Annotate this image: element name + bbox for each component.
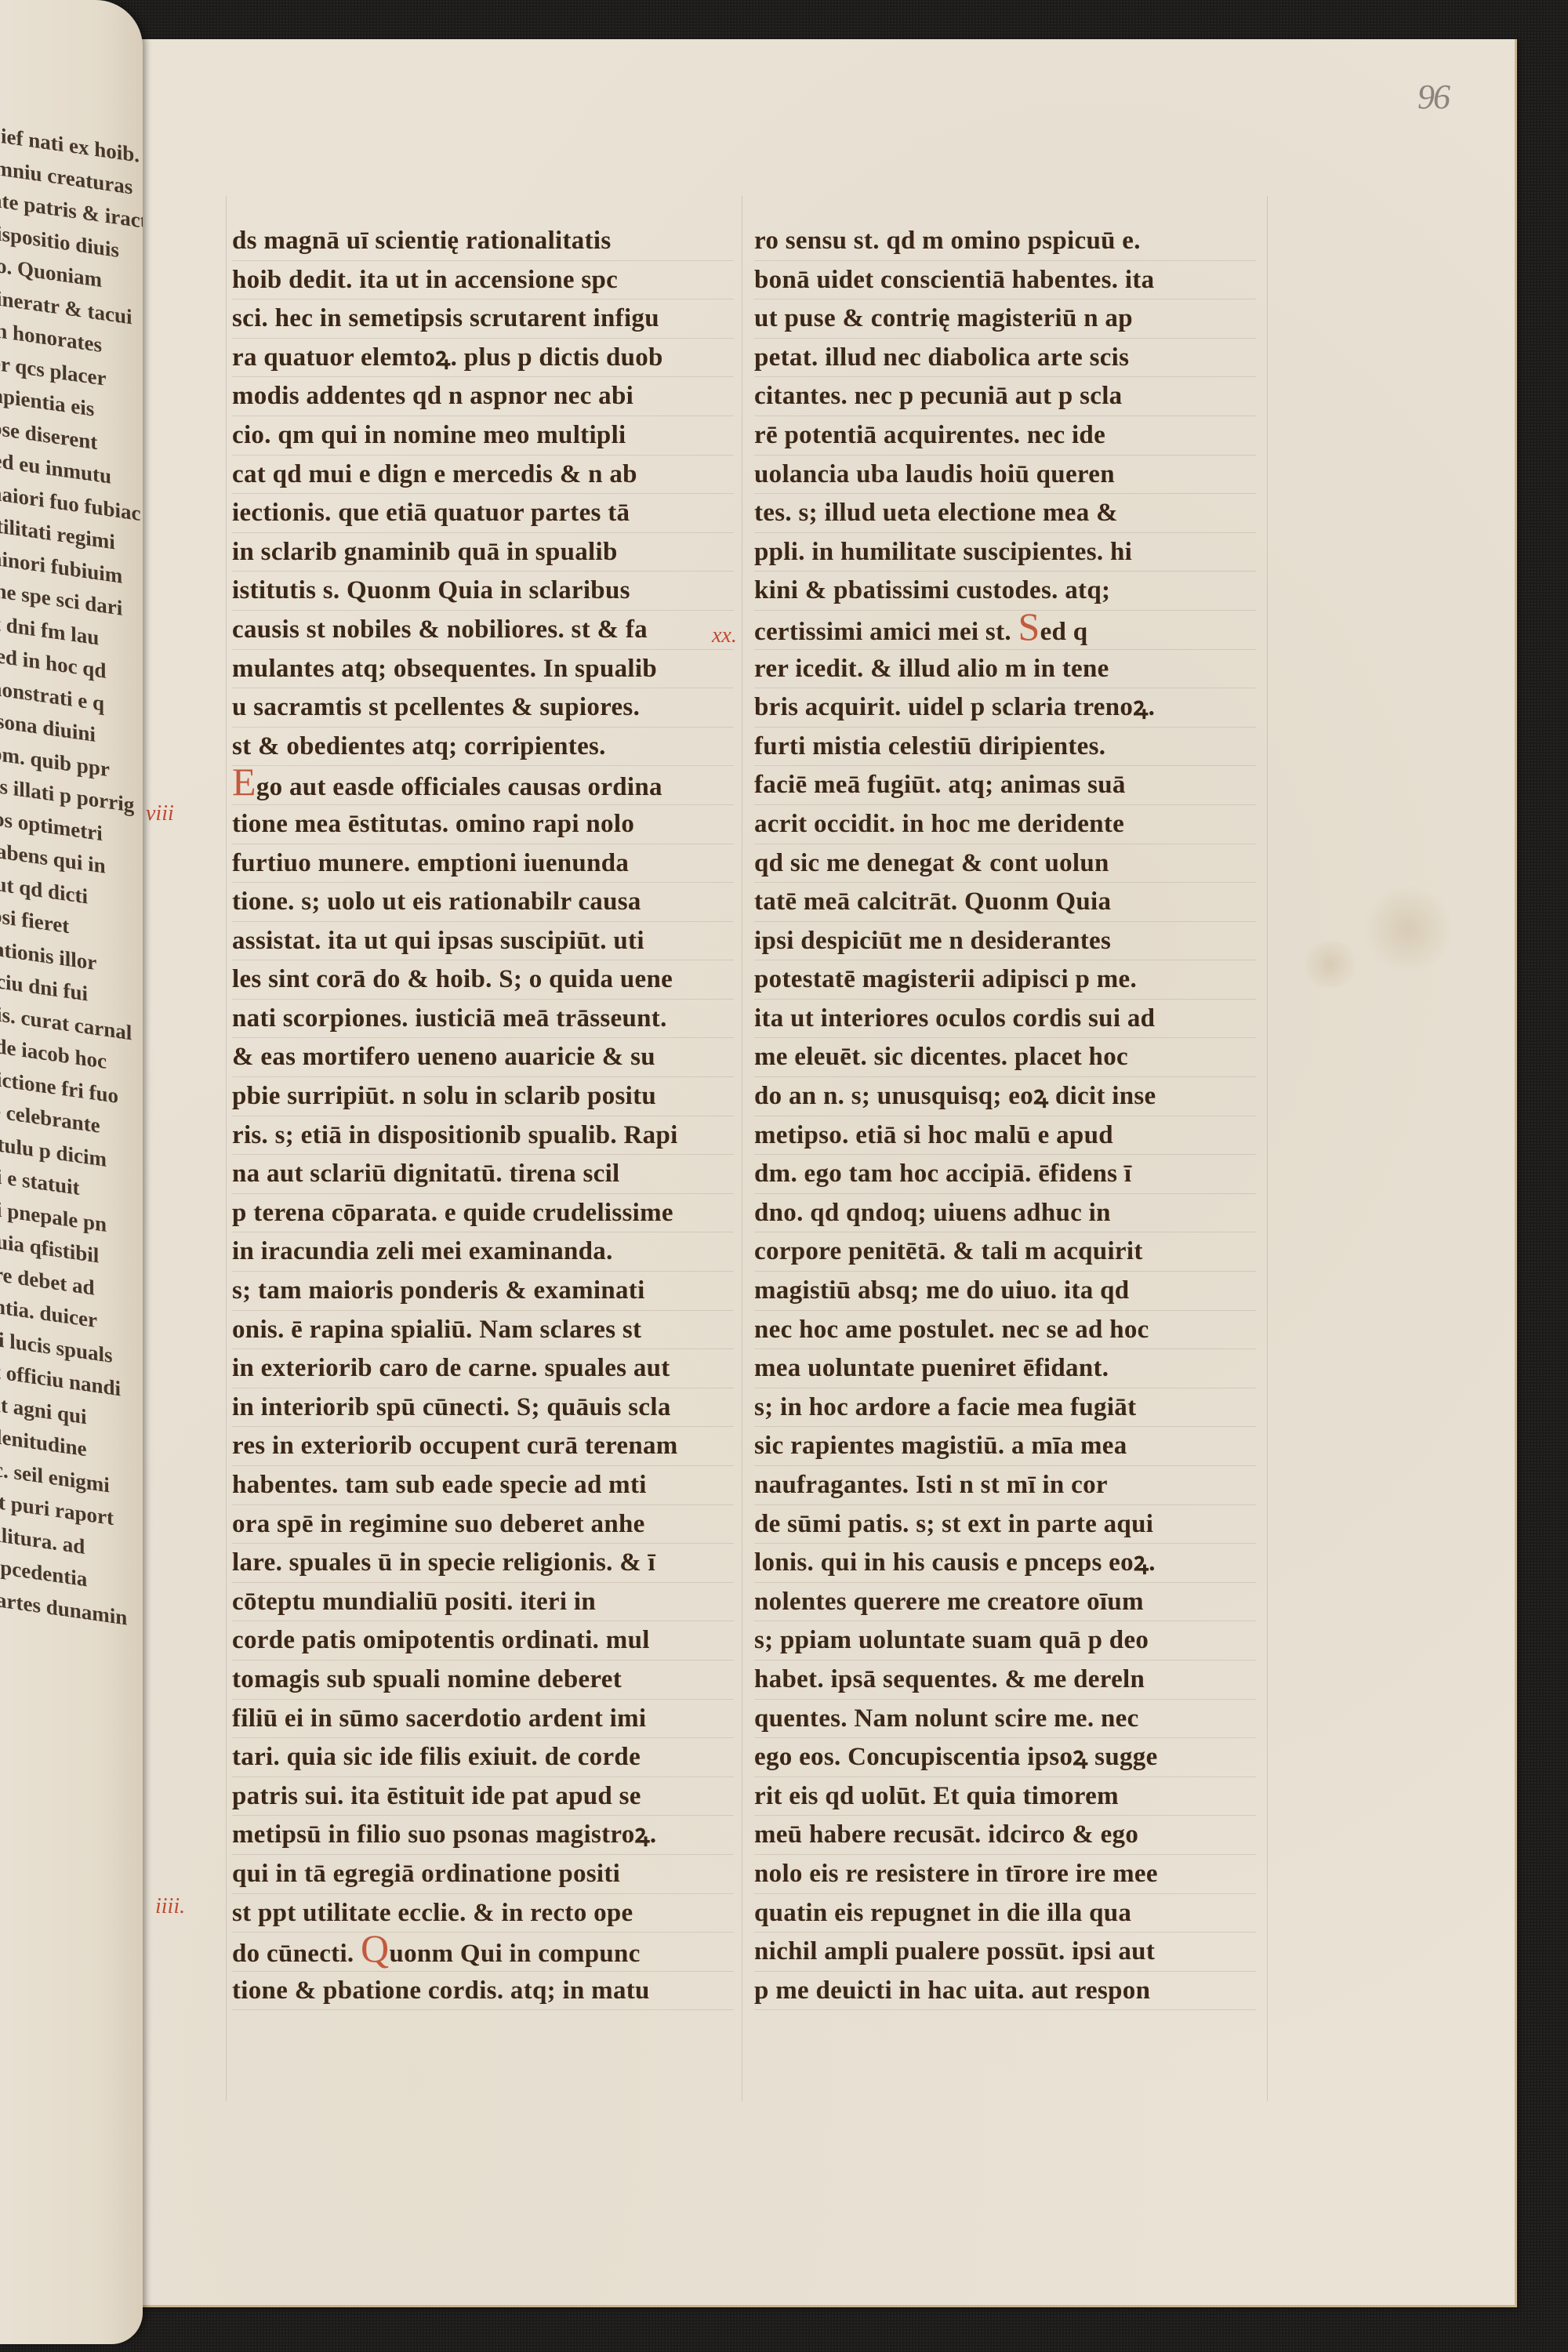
- text-line: quentes. Nam nolunt scire me. nec: [754, 1700, 1256, 1739]
- margin-note-iiii: iiii.: [155, 1894, 185, 1919]
- text-line: nec hoc ame postulet. nec se ad hoc: [754, 1311, 1256, 1350]
- ruling-line: [742, 196, 742, 2101]
- text-line: st & obedientes atq; corripientes.: [232, 728, 734, 767]
- text-line: tione & pbatione cordis. atq; in matu: [232, 1972, 734, 2011]
- text-line: p me deuicti in hac uita. aut respon: [754, 1972, 1256, 2011]
- text-line: sci. hec in semetipsis scrutarent infigu: [232, 299, 734, 339]
- text-line: habet. ipsā sequentes. & me dereln: [754, 1661, 1256, 1700]
- margin-note-viii: viii: [146, 801, 174, 826]
- text-line: faciē meā fugiūt. atq; animas suā: [754, 766, 1256, 805]
- text-line: ora spē in regimine suo deberet anhe: [232, 1505, 734, 1544]
- text-line: in exteriorib caro de carne. spuales aut: [232, 1349, 734, 1388]
- text-line: hoib dedit. ita ut in accensione spc: [232, 261, 734, 300]
- text-line: acrit occidit. in hoc me deridente: [754, 805, 1256, 844]
- text-line: assistat. ita ut qui ipsas suscipiūt. ut…: [232, 922, 734, 961]
- text-line: petat. illud nec diabolica arte scis: [754, 339, 1256, 378]
- text-line: kini & pbatissimi custodes. atq;: [754, 572, 1256, 611]
- text-line: res in exteriorib occupent curā terenam: [232, 1427, 734, 1466]
- text-line: ds magnā uī scientię rationalitatis: [232, 222, 734, 261]
- text-line: u sacramtis st pcellentes & supiores.: [232, 688, 734, 728]
- text-line: do an n. s; unusquisq; eoꝝ dicit inse: [754, 1077, 1256, 1116]
- text-line: uolancia uba laudis hoiū queren: [754, 456, 1256, 495]
- text-line: mea uoluntate pueniret ēfidant.: [754, 1349, 1256, 1388]
- text-line: cōteptu mundialiū positi. iteri in: [232, 1583, 734, 1622]
- text-line: bris acquirit. uidel p sclaria trenoꝝ.: [754, 688, 1256, 728]
- text-line: nichil ampli pualere possūt. ipsi aut: [754, 1933, 1256, 1972]
- text-line: potestatē magisterii adipisci p me.: [754, 960, 1256, 1000]
- text-line: patris sui. ita ēstituit ide pat apud se: [232, 1777, 734, 1817]
- text-line: corde patis omipotentis ordinati. mul: [232, 1621, 734, 1661]
- text-line: do cūnecti. Quonm Qui in compunc: [232, 1933, 734, 1972]
- text-line: nati scorpiones. iusticiā meā trāsseunt.: [232, 1000, 734, 1039]
- text-line: s; tam maioris ponderis & examinati: [232, 1272, 734, 1311]
- text-line: tari. quia sic ide filis exiuit. de cord…: [232, 1738, 734, 1777]
- text-line: meū habere recusāt. idcirco & ego: [754, 1816, 1256, 1855]
- text-line: in iracundia zeli mei examinanda.: [232, 1232, 734, 1272]
- text-line: me eleuēt. sic dicentes. placet hoc: [754, 1038, 1256, 1077]
- text-line: causis st nobiles & nobiliores. st & fa: [232, 611, 734, 650]
- text-line: furti mistia celestiū diripientes.: [754, 728, 1256, 767]
- text-line: na aut sclariū dignitatū. tirena scil: [232, 1155, 734, 1194]
- text-line: rer icedit. & illud alio m in tene: [754, 650, 1256, 689]
- text-line: nolo eis re resistere in tīrore ire mee: [754, 1855, 1256, 1894]
- text-line: nolentes querere me creatore oīum: [754, 1583, 1256, 1622]
- text-line: istitutis s. Quonm Quia in sclaribus: [232, 572, 734, 611]
- text-line: Ego aut easde officiales causas ordina: [232, 766, 734, 805]
- text-line: dno. qd qndoq; uiuens adhuc in: [754, 1194, 1256, 1233]
- text-line: citantes. nec p pecuniā aut p scla: [754, 377, 1256, 416]
- text-line: sic rapientes magistiū. a mīa mea: [754, 1427, 1256, 1466]
- text-line: cio. qm qui in nomine meo multipli: [232, 416, 734, 456]
- text-line: lare. spuales ū in specie religionis. & …: [232, 1544, 734, 1583]
- text-line: corpore penitētā. & tali m acquirit: [754, 1232, 1256, 1272]
- text-line: tione. s; uolo ut eis rationabilr causa: [232, 883, 734, 922]
- text-line: rit eis qd uolūt. Et quia timorem: [754, 1777, 1256, 1817]
- text-line: certissimi amici mei st. Sed q: [754, 611, 1256, 650]
- text-line: in sclarib gnaminib quā in spualib: [232, 533, 734, 572]
- text-line: lonis. qui in his causis e pnceps eoꝝ.: [754, 1544, 1256, 1583]
- margin-note-xx: xx.: [712, 623, 737, 648]
- column-left: ds magnā uī scientię rationalitatishoib …: [232, 222, 734, 2010]
- stain: [1298, 941, 1361, 988]
- text-line: onis. ē rapina spialiū. Nam sclares st: [232, 1311, 734, 1350]
- facing-page-text: ioief nati ex hoib. fromniu creaturastat…: [0, 118, 141, 1614]
- text-line: modis addentes qd n aspnor nec abi: [232, 377, 734, 416]
- text-line: in interiorib spū cūnecti. S; quāuis scl…: [232, 1388, 734, 1428]
- text-line: st ppt utilitate ecclie. & in recto ope: [232, 1894, 734, 1933]
- text-line: mulantes atq; obsequentes. In spualib: [232, 650, 734, 689]
- text-line: cat qd mui e dign e mercedis & n ab: [232, 456, 734, 495]
- text-line: naufragantes. Isti n st mī in cor: [754, 1466, 1256, 1505]
- ruling-line: [226, 196, 227, 2101]
- ruling-line: [1267, 196, 1268, 2101]
- text-line: ro sensu st. qd m omino pspicuū e.: [754, 222, 1256, 261]
- text-line: qui in tā egregiā ordinatione positi: [232, 1855, 734, 1894]
- text-line: p terena cōparata. e quide crudelissime: [232, 1194, 734, 1233]
- text-line: tomagis sub spuali nomine deberet: [232, 1661, 734, 1700]
- text-line: tione mea ēstitutas. omino rapi nolo: [232, 805, 734, 844]
- text-line: tatē meā calcitrāt. Quonm Quia: [754, 883, 1256, 922]
- text-line: s; ppiam uoluntate suam quā p deo: [754, 1621, 1256, 1661]
- rubricated-initial: Q: [361, 1933, 389, 1964]
- text-line: habentes. tam sub eade specie ad mti: [232, 1466, 734, 1505]
- text-line: ris. s; etiā in dispositionib spualib. R…: [232, 1116, 734, 1156]
- manuscript-leaf: 96 ds magnā uī scientię rationalitatisho…: [138, 39, 1517, 2307]
- text-line: ita ut interiores oculos cordis sui ad: [754, 1000, 1256, 1039]
- rubricated-initial: S: [1018, 611, 1040, 642]
- column-right: ro sensu st. qd m omino pspicuū e.bonā u…: [754, 222, 1256, 2010]
- folio-number: 96: [1417, 77, 1449, 117]
- rubricated-initial: E: [232, 766, 256, 797]
- text-line: ipsi despiciūt me n desiderantes: [754, 922, 1256, 961]
- text-line: les sint corā do & hoib. S; o quida uene: [232, 960, 734, 1000]
- text-line: rē potentiā acquirentes. nec ide: [754, 416, 1256, 456]
- text-line: dm. ego tam hoc accipiā. ēfidens ī: [754, 1155, 1256, 1194]
- text-line: filiū ei in sūmo sacerdotio ardent imi: [232, 1700, 734, 1739]
- text-line: qd sic me denegat & cont uolun: [754, 844, 1256, 884]
- text-line: s; in hoc ardore a facie mea fugiāt: [754, 1388, 1256, 1428]
- text-line: metipsū in filio suo psonas magistroꝝ.: [232, 1816, 734, 1855]
- text-line: furtiuo munere. emptioni iuenunda: [232, 844, 734, 884]
- text-line: iectionis. que etiā quatuor partes tā: [232, 494, 734, 533]
- text-line: ra quatuor elemtoꝝ. plus p dictis duob: [232, 339, 734, 378]
- text-line: bonā uidet conscientiā habentes. ita: [754, 261, 1256, 300]
- text-line: magistiū absq; me do uiuo. ita qd: [754, 1272, 1256, 1311]
- text-line: pbie surripiūt. n solu in sclarib positu: [232, 1077, 734, 1116]
- text-line: de sūmi patis. s; st ext in parte aqui: [754, 1505, 1256, 1544]
- text-line: metipso. etiā si hoc malū e apud: [754, 1116, 1256, 1156]
- text-line: ppli. in humilitate suscipientes. hi: [754, 533, 1256, 572]
- text-line: quatin eis repugnet in die illa qua: [754, 1894, 1256, 1933]
- stain: [1361, 886, 1455, 972]
- text-line: ut puse & contrię magisteriū n ap: [754, 299, 1256, 339]
- facing-page: ioief nati ex hoib. fromniu creaturastat…: [0, 0, 143, 2344]
- text-line: & eas mortifero ueneno auaricie & su: [232, 1038, 734, 1077]
- text-line: tes. s; illud ueta electione mea &: [754, 494, 1256, 533]
- text-line: ego eos. Concupiscentia ipsoꝝ sugge: [754, 1738, 1256, 1777]
